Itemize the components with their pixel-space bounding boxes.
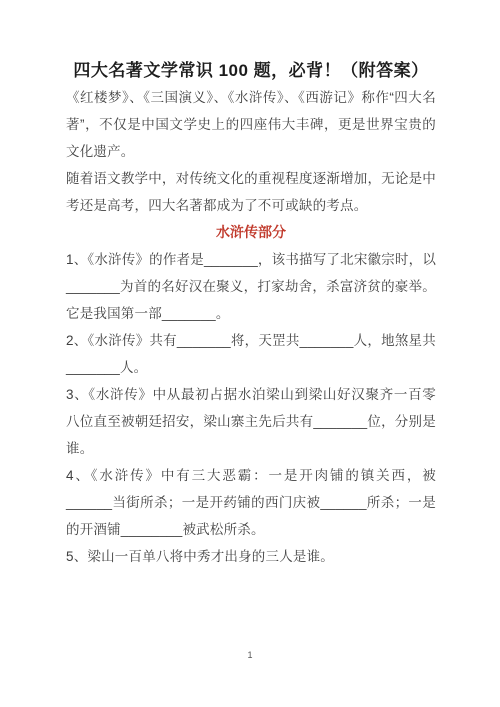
question-3: 3、《水浒传》中从最初占据水泊梁山到梁山好汉聚齐一百零八位直至被朝廷招安，梁山寨… bbox=[66, 381, 436, 462]
intro-paragraph-1: 《红楼梦》、《三国演义》、《水浒传》、《西游记》称作“四大名著”，不仅是中国文学… bbox=[66, 84, 436, 165]
document-title: 四大名著文学常识 100 题，必背！（附答案） bbox=[66, 57, 436, 84]
intro-paragraph-2: 随着语文教学中，对传统文化的重视程度逐渐增加，无论是中考还是高考，四大名著都成为… bbox=[66, 165, 436, 219]
document-page: 四大名著文学常识 100 题，必背！（附答案） 《红楼梦》、《三国演义》、《水浒… bbox=[0, 0, 500, 707]
page-number: 1 bbox=[0, 650, 500, 660]
question-2: 2、《水浒传》共有_______将，天罡共_______人，地煞星共______… bbox=[66, 327, 436, 381]
question-5: 5、梁山一百单八将中秀才出身的三人是谁。 bbox=[66, 543, 436, 570]
question-1: 1、《水浒传》的作者是_______，该书描写了北宋徽宗时，以_______为首… bbox=[66, 246, 436, 327]
question-4: 4、《水浒传》中有三大恶霸：一是开肉铺的镇关西，被______当街所杀；一是开药… bbox=[66, 462, 436, 543]
section-heading-shuihuzhuan: 水浒传部分 bbox=[66, 219, 436, 246]
